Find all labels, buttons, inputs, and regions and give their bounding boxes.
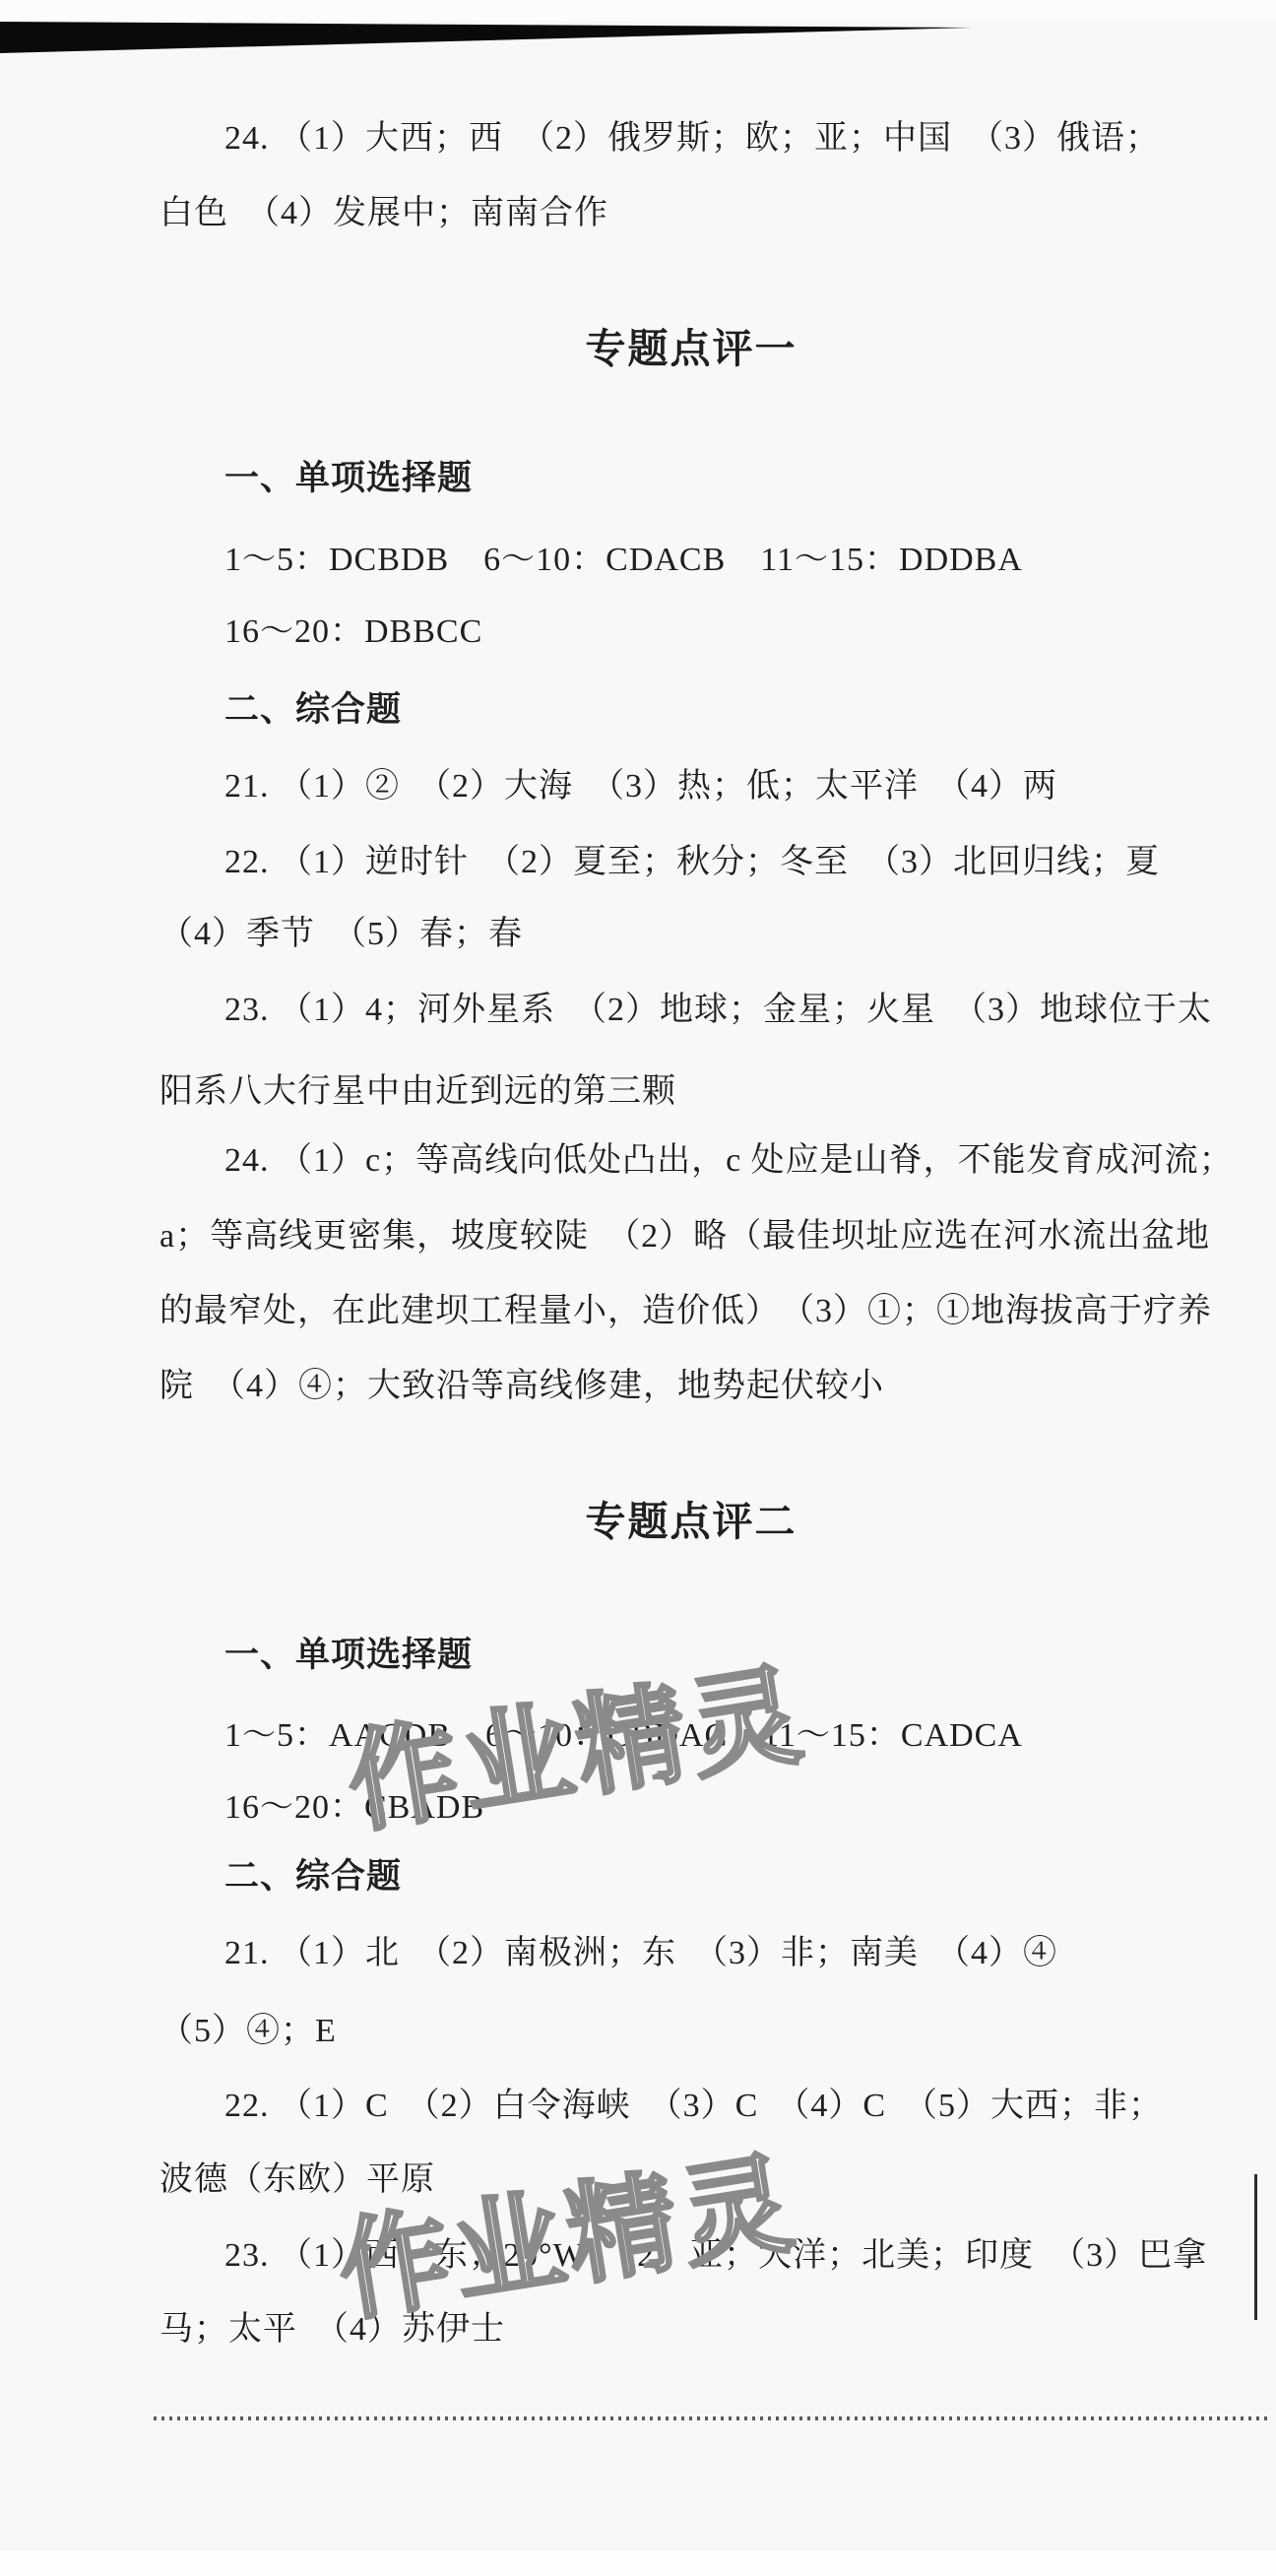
section1-choice-answers-2: 16～20：DBBCC <box>159 610 1276 655</box>
section2-q22-1: 22. （1）C （2）白令海峡 （3）C （4）C （5）大西；非； <box>159 2084 1276 2129</box>
section1-q21: 21. （1）② （2）大海 （3）热；低；太平洋 （4）两 <box>159 764 1276 809</box>
section1-title: 专题点评一 <box>159 323 1223 374</box>
page-bottom-edge <box>0 2548 1276 2576</box>
section2-title: 专题点评二 <box>159 1496 1223 1547</box>
section1-q22-1: 22. （1）逆时针 （2）夏至；秋分；冬至 （3）北回归线；夏 <box>159 840 1276 885</box>
section1-q24-3: 的最窄处，在此建坝工程量小，造价低） （3）①；①地海拔高于疗养 <box>159 1289 1223 1334</box>
dotted-divider <box>154 2416 1272 2420</box>
answer-line-prev24-1: 24. （1）大西；西 （2）俄罗斯；欧；亚；中国 （3）俄语； <box>159 116 1276 161</box>
section1-q24-2: a；等高线更密集，坡度较陡 （2）略（最佳坝址应选在河水流出盆地 <box>159 1214 1223 1259</box>
scanned-answer-page: 24. （1）大西；西 （2）俄罗斯；欧；亚；中国 （3）俄语； 白色 （4）发… <box>0 0 1276 2576</box>
section1-q23-2: 阳系八大行星中由近到远的第三颗 <box>159 1069 1223 1115</box>
answer-line-prev24-2: 白色 （4）发展中；南南合作 <box>159 191 1223 236</box>
section2-q23-2: 马；太平 （4）苏伊士 <box>159 2307 1223 2352</box>
section2-q21-2: （5）④；E <box>159 2009 1223 2054</box>
section2-choice-answers-2: 16～20：CBADB <box>159 1785 1276 1831</box>
section1-q24-1: 24. （1）c；等高线向低处凸出，c 处应是山脊，不能发育成河流； <box>159 1138 1276 1184</box>
section1-choice-answers-1: 1～5：DCBDB 6～10：CDACB 11～15：DDDBA <box>159 538 1276 583</box>
page-top-margin <box>0 0 1276 21</box>
section1-comprehensive-header: 二、综合题 <box>159 687 1276 733</box>
section1-choice-header: 一、单项选择题 <box>159 456 1276 501</box>
section1-q24-4: 院 （4）④；大致沿等高线修建，地势起伏较小 <box>159 1364 1223 1409</box>
scan-artifact-right-edge-line <box>1254 2174 1257 2320</box>
scan-artifact-wedge <box>0 21 977 58</box>
section1-q23-1: 23. （1）4；河外星系 （2）地球；金星；火星 （3）地球位于太 <box>159 988 1276 1033</box>
section2-q21-1: 21. （1）北 （2）南极洲；东 （3）非；南美 （4）④ <box>159 1931 1276 1976</box>
section1-q22-2: （4）季节 （5）春；春 <box>159 912 1223 957</box>
section2-comprehensive-header: 二、综合题 <box>159 1854 1276 1900</box>
